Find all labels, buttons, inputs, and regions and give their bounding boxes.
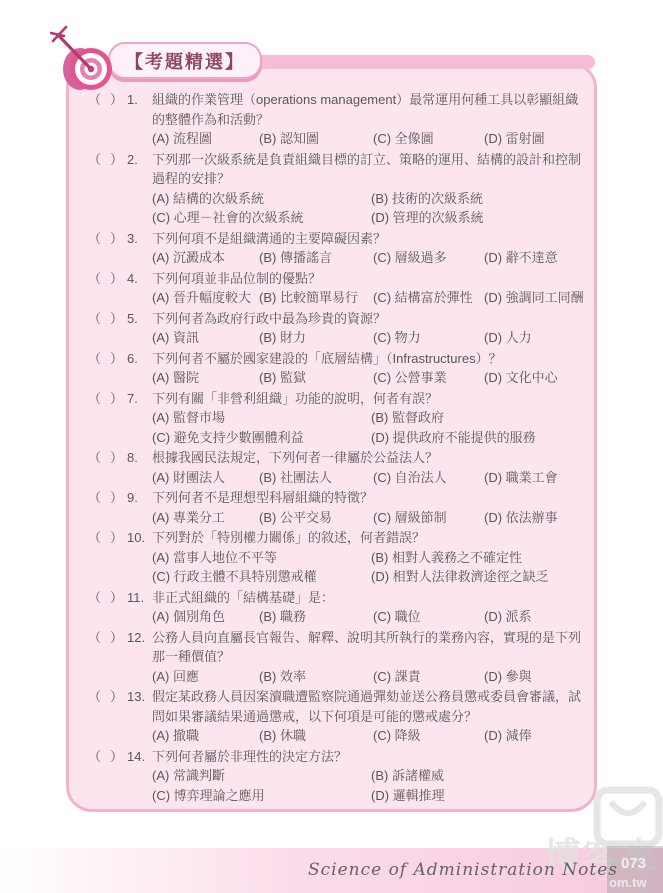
option: (A) 專業分工 <box>152 508 259 528</box>
question-number: 9. <box>127 488 152 508</box>
option: (C) 降級 <box>373 726 484 746</box>
answer-blank: （ ） <box>88 309 127 329</box>
option: (C) 行政主體不具特別懲戒權 <box>152 567 371 587</box>
question-stem: 根據我國民法規定，下列何者一律屬於公益法人？ <box>152 448 582 468</box>
option: (C) 博弈理論之應用 <box>152 786 371 806</box>
question-stem: 公務人員向直屬長官報告、解釋、說明其所執行的業務內容，實現的是下列那一種價值？ <box>152 628 582 667</box>
series-title: Science of Administration Notes <box>308 860 618 880</box>
question-stem: 下列何者不是理想型科層組織的特徵？ <box>152 488 582 508</box>
options-row: (A) 資訊(B) 財力(C) 物力(D) 人力 <box>152 328 582 348</box>
option: (C) 避免支持少數團體利益 <box>152 428 371 448</box>
question-head: （ ）14.下列何者屬於非理性的決定方法？ <box>88 747 582 767</box>
dart-target-icon <box>50 20 128 98</box>
option: (A) 常識判斷 <box>152 766 371 786</box>
exam-book-page: 【考題精選】 （ ）1.組織的作業管理（operations managemen… <box>0 0 663 893</box>
question-head: （ ）5.下列何者為政府行政中最為珍貴的資源？ <box>88 309 582 329</box>
question-item: （ ）2.下列那一次級系統是負責組織目標的訂立、策略的運用、結構的設計和控制過程… <box>88 150 582 228</box>
option: (B) 技術的次級系統 <box>371 189 582 209</box>
question-head: （ ）3.下列何項不是組織溝通的主要障礙因素？ <box>88 229 582 249</box>
options-row: (A) 監督市場(B) 監督政府(C) 避免支持少數團體利益(D) 提供政府不能… <box>152 408 582 447</box>
question-number: 8. <box>127 448 152 468</box>
question-stem: 下列有關「非營利組織」功能的說明，何者有誤？ <box>152 389 582 409</box>
question-number: 5. <box>127 309 152 329</box>
answer-blank: （ ） <box>88 528 127 548</box>
option: (B) 監獄 <box>259 368 373 388</box>
question-head: （ ）6.下列何者不屬於國家建設的「底層結構」（Infrastructures）… <box>88 349 582 369</box>
option: (D) 參與 <box>484 667 582 687</box>
option: (D) 人力 <box>484 328 582 348</box>
question-stem: 下列何者不屬於國家建設的「底層結構」（Infrastructures）？ <box>152 349 582 369</box>
option: (A) 結構的次級系統 <box>152 189 371 209</box>
question-number: 7. <box>127 389 152 409</box>
option: (C) 職位 <box>373 607 484 627</box>
question-item: （ ）3.下列何項不是組織溝通的主要障礙因素？(A) 沉澱成本(B) 傳播謠言(… <box>88 229 582 268</box>
options-row: (A) 當事人地位不平等(B) 相對人義務之不確定性(C) 行政主體不具特別懲戒… <box>152 548 582 587</box>
question-head: （ ）9.下列何者不是理想型科層組織的特徵？ <box>88 488 582 508</box>
question-number: 10. <box>127 528 152 548</box>
option: (A) 監督市場 <box>152 408 371 428</box>
option: (A) 財團法人 <box>152 468 259 488</box>
page-number: 073 <box>621 855 646 872</box>
question-item: （ ）5.下列何者為政府行政中最為珍貴的資源？(A) 資訊(B) 財力(C) 物… <box>88 309 582 348</box>
option: (D) 派系 <box>484 607 582 627</box>
question-item: （ ）12.公務人員向直屬長官報告、解釋、說明其所執行的業務內容，實現的是下列那… <box>88 628 582 687</box>
options-row: (A) 流程圖(B) 認知圖(C) 全像圖(D) 雷射圖 <box>152 129 582 149</box>
question-stem: 下列對於「特別權力關係」的敘述，何者錯誤？ <box>152 528 582 548</box>
question-stem: 下列何者為政府行政中最為珍貴的資源？ <box>152 309 582 329</box>
option: (B) 休職 <box>259 726 373 746</box>
answer-blank: （ ） <box>88 150 127 170</box>
question-number: 1. <box>127 90 152 110</box>
option: (B) 傳播謠言 <box>259 248 373 268</box>
options-row: (A) 沉澱成本(B) 傳播謠言(C) 層級過多(D) 辭不達意 <box>152 248 582 268</box>
question-head: （ ）11.非正式組織的「結構基礎」是： <box>88 588 582 608</box>
question-number: 6. <box>127 349 152 369</box>
answer-blank: （ ） <box>88 628 127 648</box>
option: (A) 醫院 <box>152 368 259 388</box>
answer-blank: （ ） <box>88 747 127 767</box>
question-stem: 下列那一次級系統是負責組織目標的訂立、策略的運用、結構的設計和控制過程的安排？ <box>152 150 582 189</box>
option: (D) 強調同工同酬 <box>484 288 584 308</box>
watermark-domain: om.tw <box>609 875 647 890</box>
options-row: (A) 專業分工(B) 公平交易(C) 層級節制(D) 依法辦事 <box>152 508 582 528</box>
option: (B) 效率 <box>259 667 373 687</box>
answer-blank: （ ） <box>88 588 127 608</box>
question-number: 12. <box>127 628 152 648</box>
question-panel: （ ）1.組織的作業管理（operations management）最常運用何… <box>66 62 597 812</box>
options-row: (A) 撤職(B) 休職(C) 降級(D) 減俸 <box>152 726 582 746</box>
option: (A) 撤職 <box>152 726 259 746</box>
question-number: 3. <box>127 229 152 249</box>
option: (C) 自治法人 <box>373 468 484 488</box>
page-title: 【考題精選】 <box>108 42 262 79</box>
question-item: （ ）11.非正式組織的「結構基礎」是：(A) 個別角色(B) 職務(C) 職位… <box>88 588 582 627</box>
question-item: （ ）9.下列何者不是理想型科層組織的特徵？(A) 專業分工(B) 公平交易(C… <box>88 488 582 527</box>
question-item: （ ）10.下列對於「特別權力關係」的敘述，何者錯誤？(A) 當事人地位不平等(… <box>88 528 582 587</box>
question-head: （ ）2.下列那一次級系統是負責組織目標的訂立、策略的運用、結構的設計和控制過程… <box>88 150 582 189</box>
questions-list: （ ）1.組織的作業管理（operations management）最常運用何… <box>69 65 594 809</box>
question-item: （ ）6.下列何者不屬於國家建設的「底層結構」（Infrastructures）… <box>88 349 582 388</box>
answer-blank: （ ） <box>88 389 127 409</box>
question-head: （ ）4.下列何項並非品位制的優點？ <box>88 269 582 289</box>
question-item: （ ）1.組織的作業管理（operations management）最常運用何… <box>88 90 582 149</box>
question-head: （ ）7.下列有關「非營利組織」功能的說明，何者有誤？ <box>88 389 582 409</box>
option: (A) 回應 <box>152 667 259 687</box>
options-row: (A) 常識判斷(B) 訴諸權威(C) 博弈理論之應用(D) 邏輯推理 <box>152 766 582 805</box>
question-head: （ ）1.組織的作業管理（operations management）最常運用何… <box>88 90 582 129</box>
option: (B) 訴諸權威 <box>371 766 582 786</box>
option: (B) 社團法人 <box>259 468 373 488</box>
option: (D) 職業工會 <box>484 468 582 488</box>
option: (D) 雷射圖 <box>484 129 582 149</box>
question-number: 11. <box>127 588 152 608</box>
question-head: （ ）12.公務人員向直屬長官報告、解釋、說明其所執行的業務內容，實現的是下列那… <box>88 628 582 667</box>
option: (C) 結構富於彈性 <box>373 288 484 308</box>
question-head: （ ）8.根據我國民法規定，下列何者一律屬於公益法人？ <box>88 448 582 468</box>
option: (B) 比較簡單易行 <box>259 288 373 308</box>
question-item: （ ）8.根據我國民法規定，下列何者一律屬於公益法人？(A) 財團法人(B) 社… <box>88 448 582 487</box>
option: (D) 相對人法律救濟途徑之缺乏 <box>371 567 582 587</box>
option: (D) 管理的次級系統 <box>371 208 582 228</box>
option: (A) 晉升幅度較大 <box>152 288 259 308</box>
option: (C) 全像圖 <box>373 129 484 149</box>
answer-blank: （ ） <box>88 229 127 249</box>
option: (D) 減俸 <box>484 726 582 746</box>
option: (A) 個別角色 <box>152 607 259 627</box>
answer-blank: （ ） <box>88 488 127 508</box>
options-row: (A) 財團法人(B) 社團法人(C) 自治法人(D) 職業工會 <box>152 468 582 488</box>
question-item: （ ）13.假定某政務人員因案瀆職遭監察院通過彈劾並送公務員懲戒委員會審議，試問… <box>88 687 582 746</box>
answer-blank: （ ） <box>88 349 127 369</box>
answer-blank: （ ） <box>88 448 127 468</box>
option: (C) 課責 <box>373 667 484 687</box>
option: (D) 依法辦事 <box>484 508 582 528</box>
option: (D) 辭不達意 <box>484 248 582 268</box>
question-number: 2. <box>127 150 152 170</box>
question-stem: 假定某政務人員因案瀆職遭監察院通過彈劾並送公務員懲戒委員會審議，試問如果審議結果… <box>152 687 582 726</box>
question-stem: 組織的作業管理（operations management）最常運用何種工具以彰… <box>152 90 582 129</box>
options-row: (A) 醫院(B) 監獄(C) 公營事業(D) 文化中心 <box>152 368 582 388</box>
options-row: (A) 回應(B) 效率(C) 課責(D) 參與 <box>152 667 582 687</box>
option: (B) 財力 <box>259 328 373 348</box>
question-number: 4. <box>127 269 152 289</box>
question-head: （ ）10.下列對於「特別權力關係」的敘述，何者錯誤？ <box>88 528 582 548</box>
option: (B) 監督政府 <box>371 408 582 428</box>
question-stem: 下列何項並非品位制的優點？ <box>152 269 582 289</box>
option: (C) 心理－社會的次級系統 <box>152 208 371 228</box>
option: (B) 公平交易 <box>259 508 373 528</box>
question-head: （ ）13.假定某政務人員因案瀆職遭監察院通過彈劾並送公務員懲戒委員會審議，試問… <box>88 687 582 726</box>
option: (A) 流程圖 <box>152 129 259 149</box>
option: (C) 層級過多 <box>373 248 484 268</box>
options-row: (A) 晉升幅度較大(B) 比較簡單易行(C) 結構富於彈性(D) 強調同工同酬 <box>152 288 582 308</box>
answer-blank: （ ） <box>88 269 127 289</box>
option: (D) 文化中心 <box>484 368 582 388</box>
option: (B) 職務 <box>259 607 373 627</box>
options-row: (A) 結構的次級系統(B) 技術的次級系統(C) 心理－社會的次級系統(D) … <box>152 189 582 228</box>
option: (C) 公營事業 <box>373 368 484 388</box>
option: (C) 層級節制 <box>373 508 484 528</box>
option: (A) 當事人地位不平等 <box>152 548 371 568</box>
option: (B) 相對人義務之不確定性 <box>371 548 582 568</box>
question-stem: 非正式組織的「結構基礎」是： <box>152 588 582 608</box>
question-number: 13. <box>127 687 152 707</box>
question-item: （ ）7.下列有關「非營利組織」功能的說明，何者有誤？(A) 監督市場(B) 監… <box>88 389 582 448</box>
option: (A) 資訊 <box>152 328 259 348</box>
option: (B) 認知圖 <box>259 129 373 149</box>
question-stem: 下列何者屬於非理性的決定方法？ <box>152 747 582 767</box>
question-stem: 下列何項不是組織溝通的主要障礙因素？ <box>152 229 582 249</box>
option: (C) 物力 <box>373 328 484 348</box>
option: (D) 邏輯推理 <box>371 786 582 806</box>
question-number: 14. <box>127 747 152 767</box>
options-row: (A) 個別角色(B) 職務(C) 職位(D) 派系 <box>152 607 582 627</box>
option: (A) 沉澱成本 <box>152 248 259 268</box>
header-bar <box>228 55 595 69</box>
question-item: （ ）4.下列何項並非品位制的優點？(A) 晉升幅度較大(B) 比較簡單易行(C… <box>88 269 582 308</box>
option: (D) 提供政府不能提供的服務 <box>371 428 582 448</box>
answer-blank: （ ） <box>88 687 127 707</box>
question-item: （ ）14.下列何者屬於非理性的決定方法？(A) 常識判斷(B) 訴諸權威(C)… <box>88 747 582 806</box>
